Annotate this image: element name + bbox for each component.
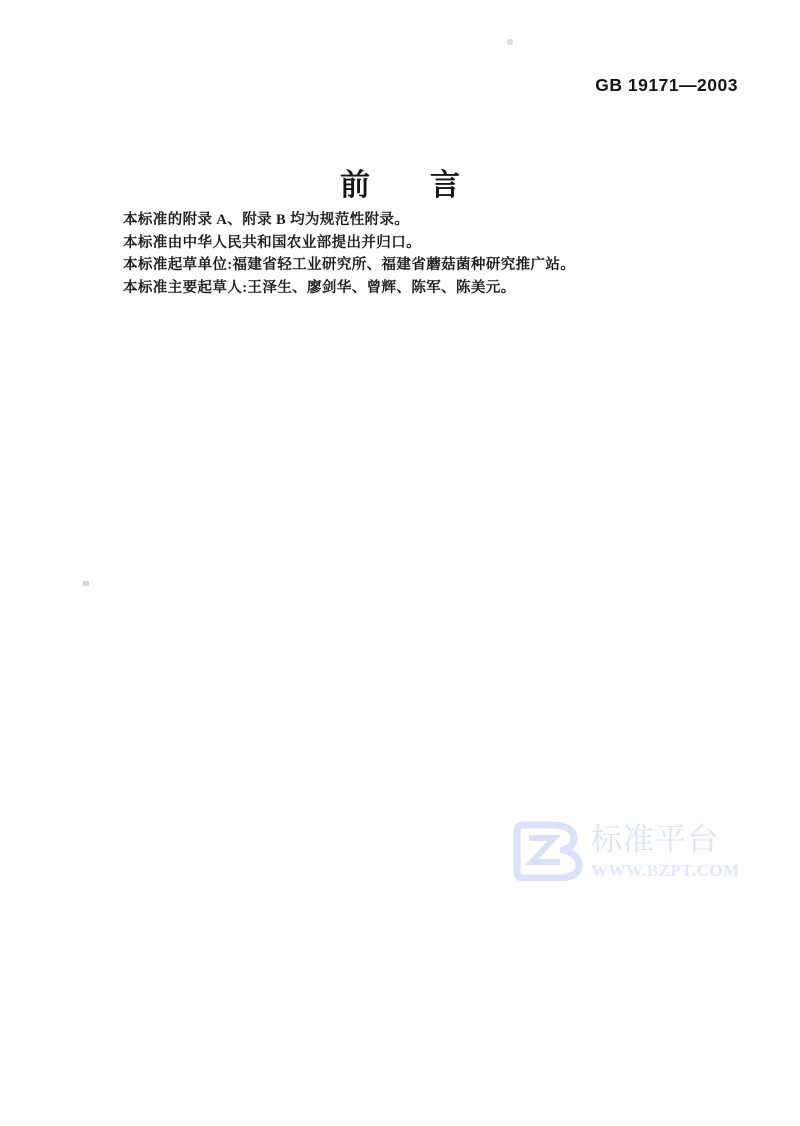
watermark-site-url: WWW.BZPT.COM xyxy=(591,860,740,882)
page-title: 前 言 xyxy=(0,160,800,204)
watermark-text: 标准平台 WWW.BZPT.COM xyxy=(591,820,740,882)
watermark-site-name: 标准平台 xyxy=(591,820,740,860)
body-line: 本标准起草单位:福建省轻工业研究所、福建省蘑菇菌种研究推广站。 xyxy=(123,254,723,277)
body-line: 本标准主要起草人:王泽生、廖剑华、曾辉、陈军、陈美元。 xyxy=(123,277,723,300)
foreword-body: 本标准的附录 A、附录 B 均为规范性附录。 本标准由中华人民共和国农业部提出并… xyxy=(123,209,723,299)
standard-number: GB 19171—2003 xyxy=(595,75,738,96)
scan-artifact-speck xyxy=(507,39,513,45)
scan-artifact-speck xyxy=(83,581,89,586)
body-line: 本标准由中华人民共和国农业部提出并归口。 xyxy=(123,232,723,255)
bzpt-logo-icon xyxy=(512,821,584,881)
watermark: 标准平台 WWW.BZPT.COM xyxy=(512,820,740,882)
document-page: GB 19171—2003 前 言 本标准的附录 A、附录 B 均为规范性附录。… xyxy=(0,0,800,1126)
body-line: 本标准的附录 A、附录 B 均为规范性附录。 xyxy=(123,209,723,232)
